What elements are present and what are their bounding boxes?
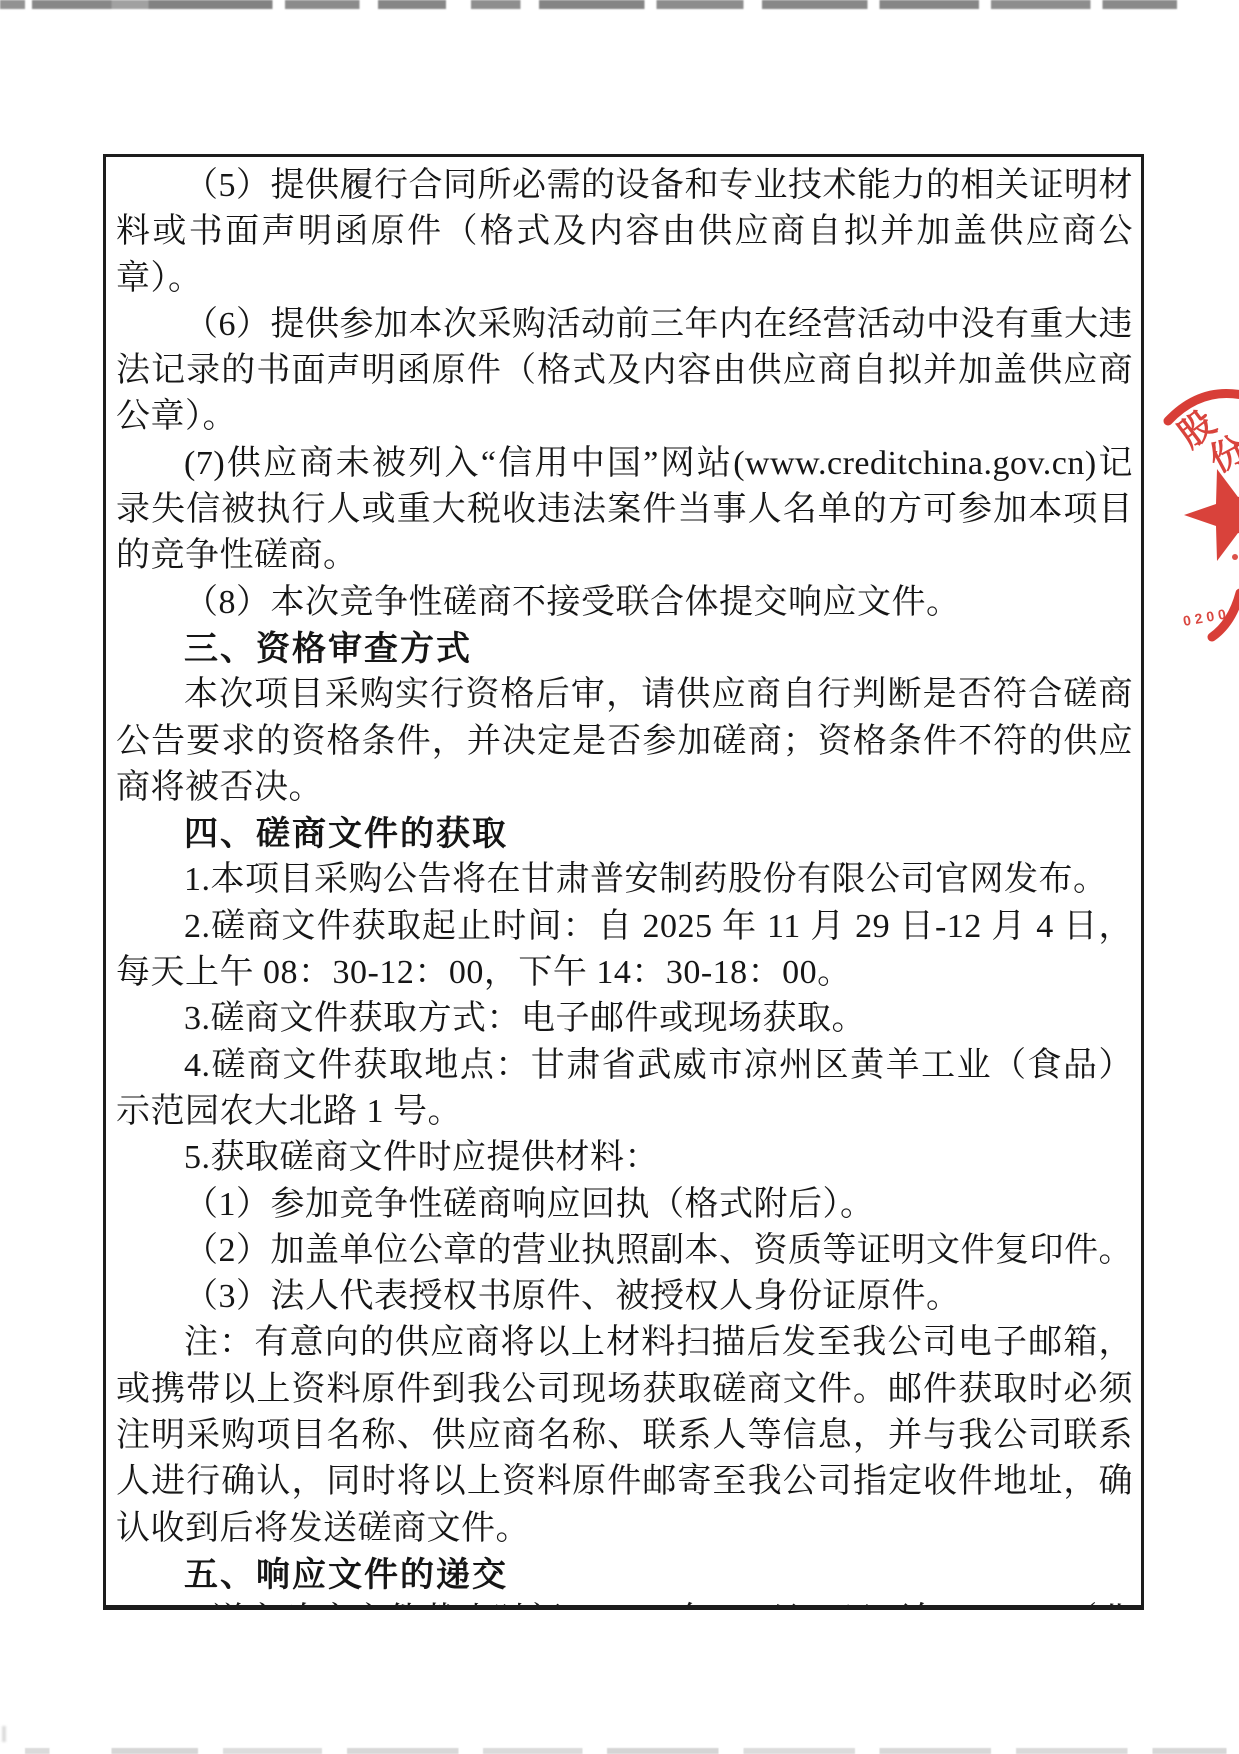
paragraph: 5.获取磋商文件时应提供材料： <box>116 1135 1133 1181</box>
paragraph: 3.磋商文件获取方式：电子邮件或现场获取。 <box>116 996 1133 1042</box>
paragraph: （3）法人代表授权书原件、被授权人身份证原件。 <box>116 1274 1133 1320</box>
seal-ring-top-arc <box>1168 393 1239 421</box>
paragraph: （5）提供履行合同所必需的设备和专业技术能力的相关证明材料或书面声明函原件（格式… <box>116 163 1133 302</box>
seal-ring-bottom-arc <box>1212 593 1239 637</box>
paragraph: 1.本项目采购公告将在甘肃普安制药股份有限公司官网发布。 <box>116 857 1133 903</box>
section-heading: 四、磋商文件的获取 <box>116 811 1133 857</box>
seal-arc-char-1: 股 <box>1171 403 1222 455</box>
seal-serial-digits: 0200 <box>1182 605 1231 629</box>
cutoff-text-strip-bottom <box>0 1748 1239 1754</box>
paragraph: （2）加盖单位公章的营业执照副本、资质等证明文件复印件。 <box>116 1228 1133 1274</box>
document-page: （5）提供履行合同所必需的设备和专业技术能力的相关证明材料或书面声明函原件（格式… <box>0 0 1239 1754</box>
section-heading: 五、响应文件的递交 <box>116 1552 1133 1598</box>
paragraph: （8）本次竞争性磋商不接受联合体提交响应文件。 <box>116 580 1133 626</box>
paragraph: (7)供应商未被列入“信用中国”网站(www.creditchina.gov.c… <box>116 441 1133 580</box>
document-border-frame: （5）提供履行合同所必需的设备和专业技术能力的相关证明材料或书面声明函原件（格式… <box>103 154 1144 1610</box>
paragraph: 本次项目采购实行资格后审，请供应商自行判断是否符合磋商公告要求的资格条件，并决定… <box>116 672 1133 811</box>
scan-smudge <box>2 1726 6 1742</box>
company-seal-stamp: 股 份 0200 <box>1146 383 1239 643</box>
seal-graphic: 股 份 0200 <box>1146 383 1239 643</box>
section-heading: 三、资格审查方式 <box>116 626 1133 672</box>
seal-arc-char-2: 份 <box>1203 429 1239 480</box>
paragraph: 注：有意向的供应商将以上材料扫描后发至我公司电子邮箱，或携带以上资料原件到我公司… <box>116 1320 1133 1551</box>
document-body: （5）提供履行合同所必需的设备和专业技术能力的相关证明材料或书面声明函原件（格式… <box>106 157 1141 1605</box>
paragraph: （1）参加竞争性磋商响应回执（格式附后）。 <box>116 1182 1133 1228</box>
seal-speckle <box>1232 554 1238 560</box>
paragraph: 4.磋商文件获取地点：甘肃省武威市凉州区黄羊工业（食品）示范园农大北路 1 号。 <box>116 1043 1133 1136</box>
seal-star-icon <box>1184 469 1239 561</box>
cutoff-text-strip-top <box>0 0 1239 9</box>
paragraph: 2.磋商文件获取起止时间：自 2025 年 11 月 29 日-12 月 4 日… <box>116 904 1133 997</box>
paragraph: （6）提供参加本次采购活动前三年内在经营活动中没有重大违法记录的书面声明函原件（… <box>116 302 1133 441</box>
paragraph: 1.递交响应文件截止时间：2025 年 12 月 9 日下午 15：00（北京 <box>116 1598 1133 1605</box>
